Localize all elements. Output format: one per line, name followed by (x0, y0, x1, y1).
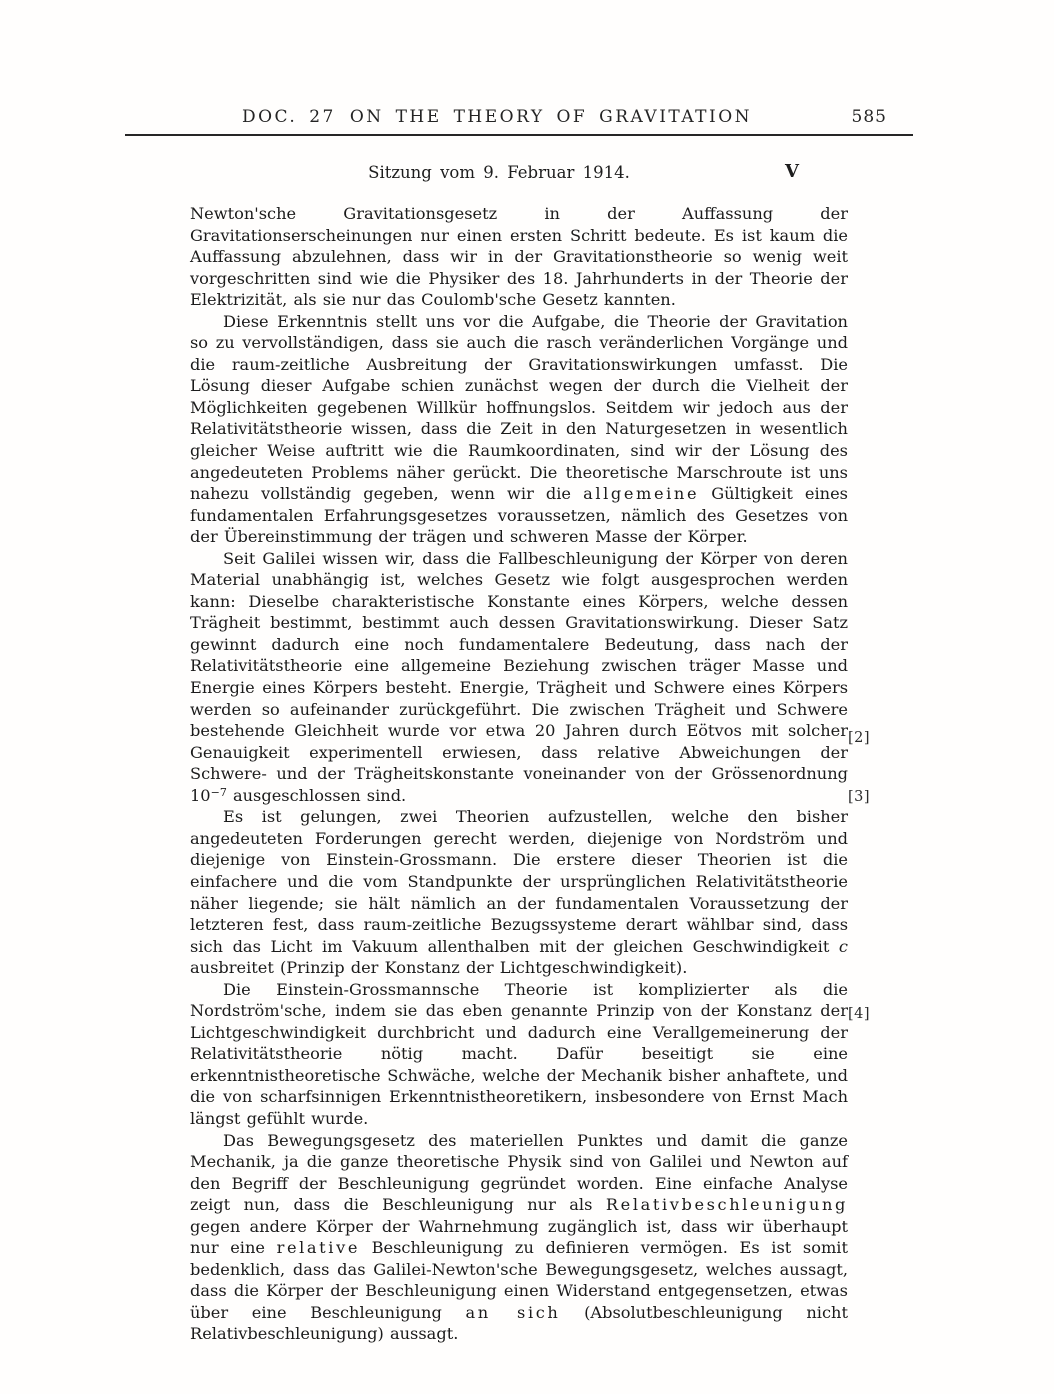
body-text: Newton'sche Gravitationsgesetz in der Au… (190, 203, 848, 1345)
margin-note: [2] (848, 730, 894, 746)
margin-note: [3] (848, 789, 894, 805)
page-number: 585 (852, 107, 887, 127)
paragraph: Es ist gelungen, zwei Theorien aufzustel… (190, 806, 848, 978)
doc-number-label: DOC. 27 (242, 107, 336, 127)
session-date-line: Sitzung vom 9. Februar 1914. (190, 163, 808, 182)
header-rule (125, 134, 913, 136)
running-title-text: ON THE THEORY OF GRAVITATION (350, 107, 752, 127)
running-title: DOC. 27ON THE THEORY OF GRAVITATION (242, 107, 752, 127)
paragraph: Newton'sche Gravitationsgesetz in der Au… (190, 203, 848, 311)
paragraph: Diese Erkenntnis stellt uns vor die Aufg… (190, 311, 848, 548)
column-mark: V (785, 161, 799, 182)
scanned-book-page: DOC. 27ON THE THEORY OF GRAVITATION 585 … (0, 0, 1054, 1394)
page-header: DOC. 27ON THE THEORY OF GRAVITATION 585 (125, 107, 913, 133)
paragraph: Seit Galilei wissen wir, dass die Fallbe… (190, 548, 848, 807)
paragraph: Die Einstein-Grossmannsche Theorie ist k… (190, 979, 848, 1130)
margin-note: [4] (848, 1006, 894, 1022)
paragraph: Das Bewegungsgesetz des materiellen Punk… (190, 1130, 848, 1345)
